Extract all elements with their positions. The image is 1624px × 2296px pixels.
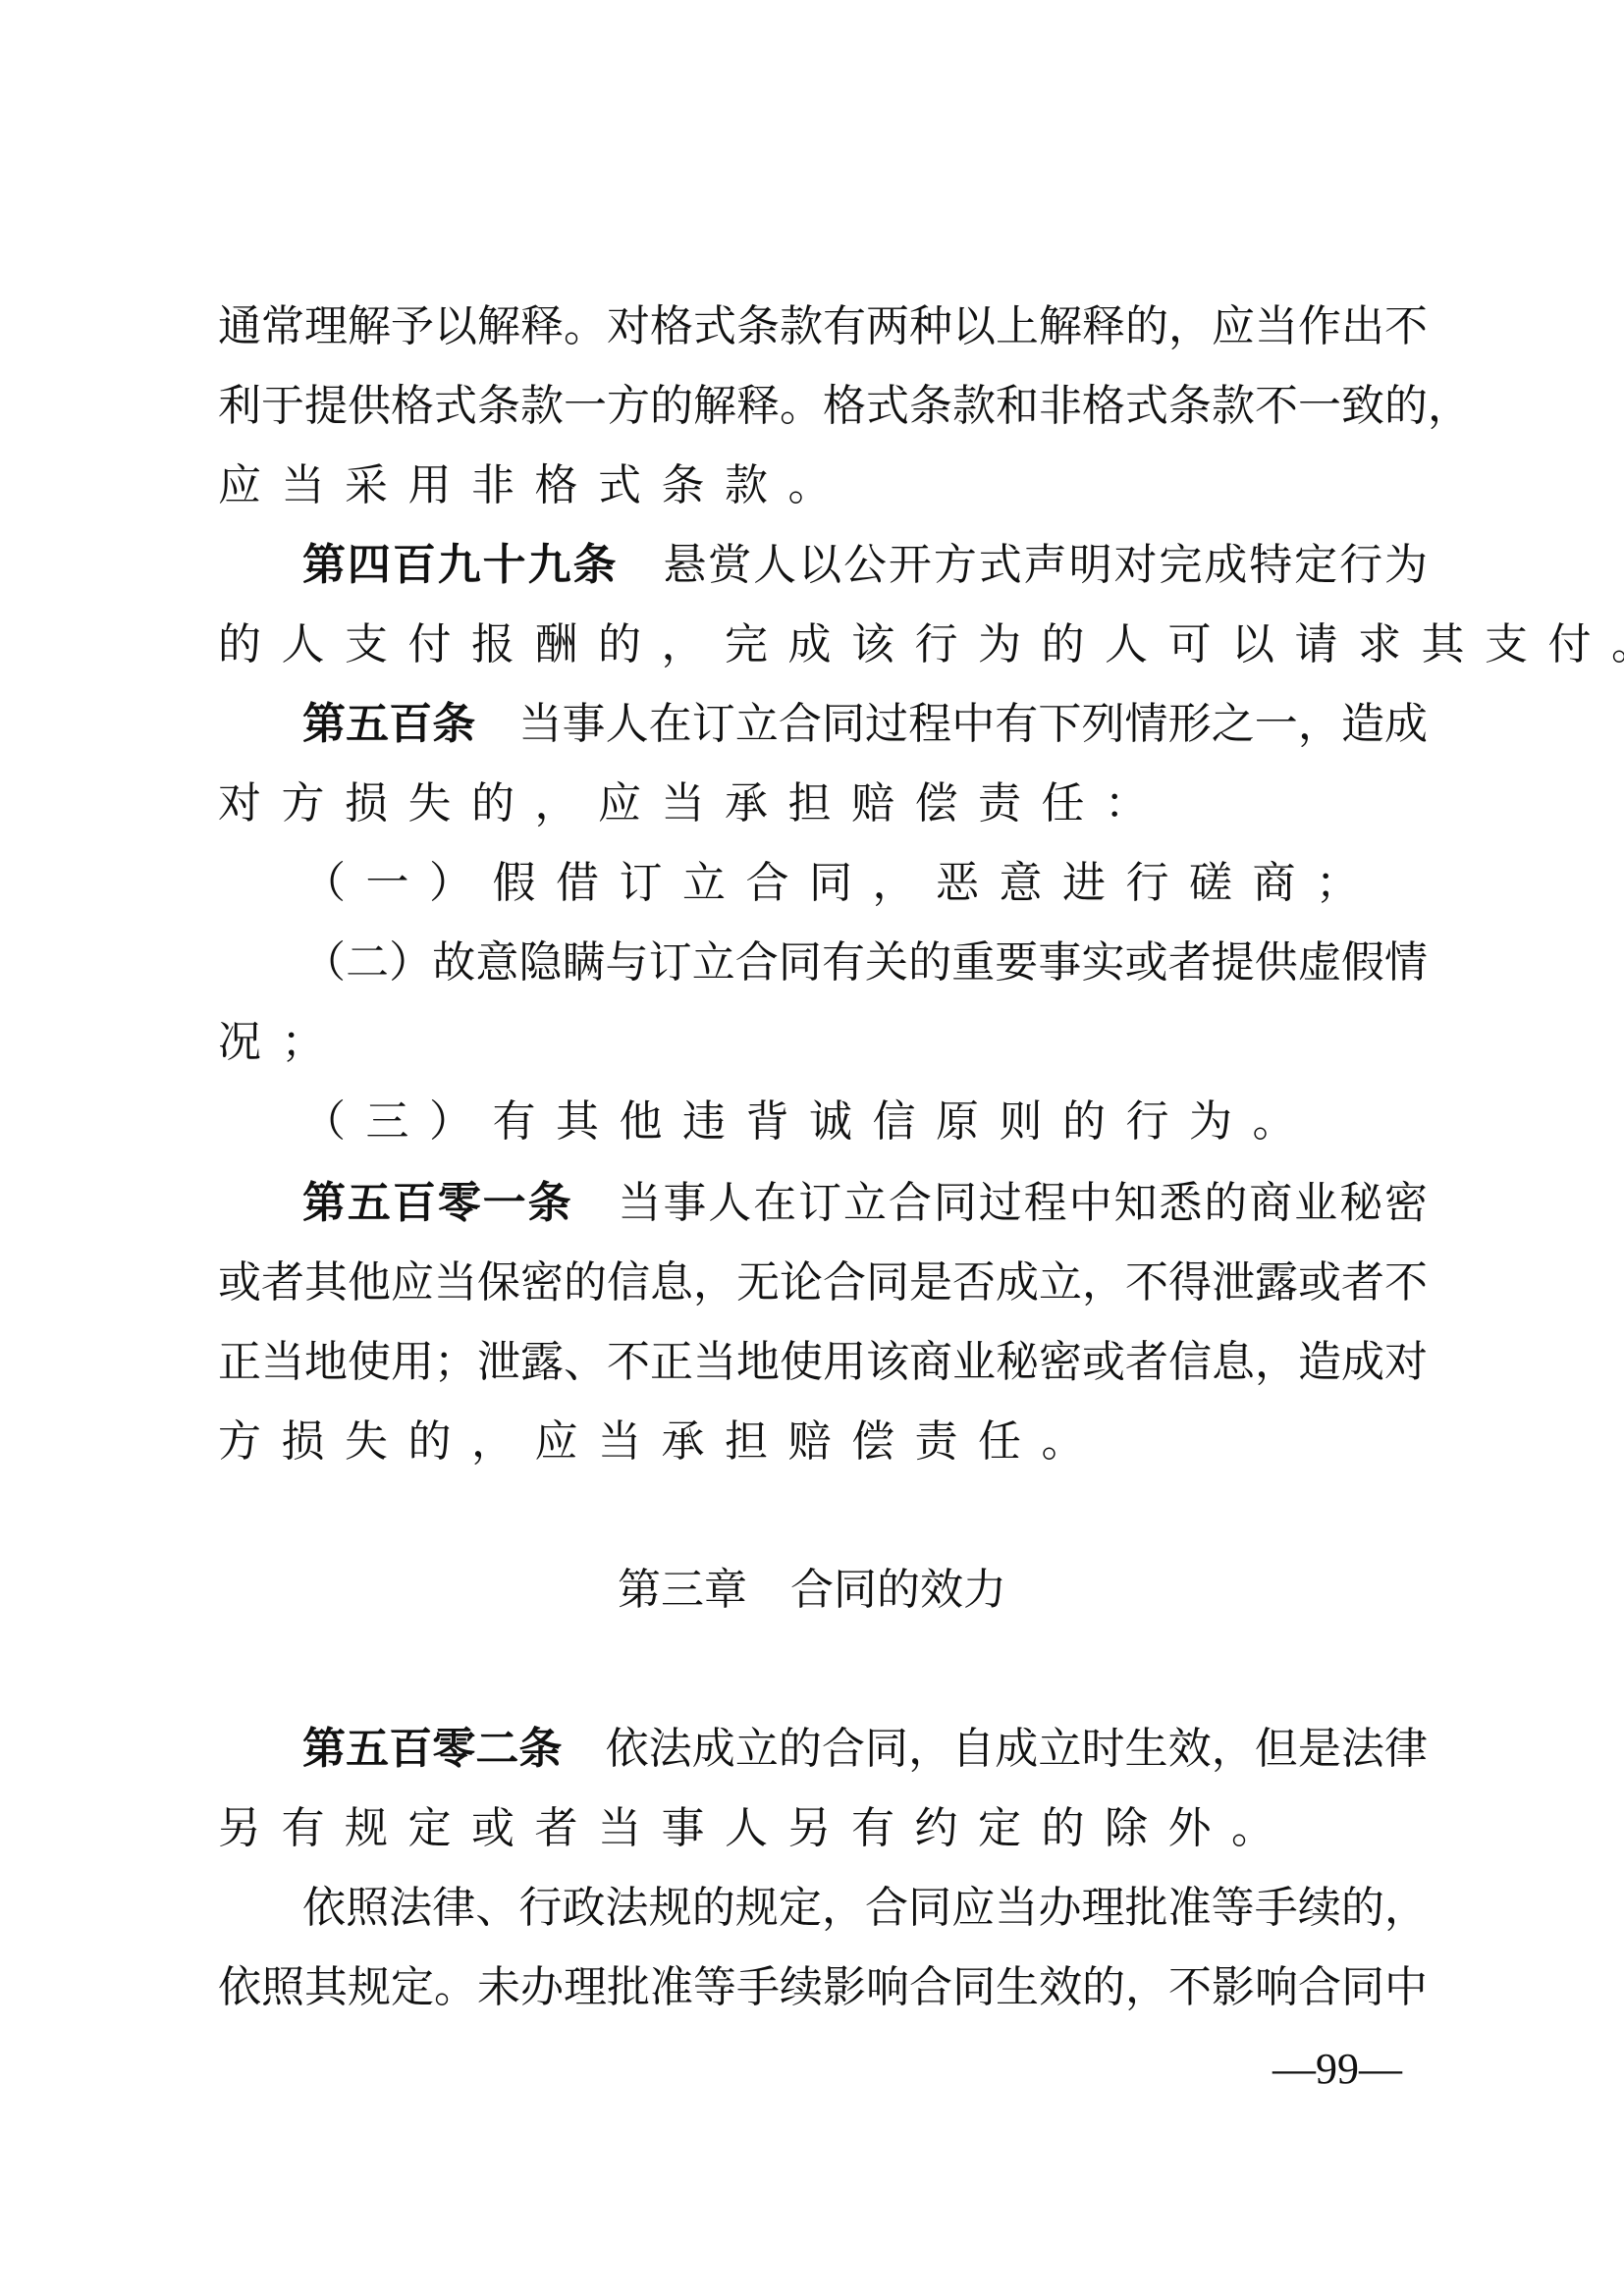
body-text-line: 对方损失的，应当承担赔偿责任：	[218, 774, 1428, 833]
body-text-line: 利于提供格式条款一方的解释。格式条款和非格式条款不一致的，	[218, 377, 1428, 436]
body-text-line: 正当地使用；泄露、不正当地使用该商业秘密或者信息，造成对	[218, 1333, 1428, 1392]
body-text-line: 通常理解予以解释。对格式条款有两种以上解释的，应当作出不	[218, 297, 1428, 356]
article-499: 第四百九十九条 悬赏人以公开方式声明对完成特定行为	[302, 536, 1428, 595]
body-text-line: 依照其规定。未办理批准等手续影响合同生效的，不影响合同中	[218, 1958, 1428, 2017]
article-text: 依法成立的合同，自成立时生效，但是法律	[606, 1724, 1428, 1774]
article-502: 第五百零二条 依法成立的合同，自成立时生效，但是法律	[302, 1720, 1428, 1779]
article-label: 第五百条	[302, 699, 475, 749]
body-text-line: 的人支付报酬的，完成该行为的人可以请求其支付。	[218, 615, 1428, 674]
article-text: 当事人在订立合同过程中知悉的商业秘密	[618, 1178, 1428, 1228]
body-text-line: 方损失的，应当承担赔偿责任。	[218, 1413, 1428, 1471]
body-text-line: 况；	[218, 1013, 1428, 1072]
article-501: 第五百零一条 当事人在订立合同过程中知悉的商业秘密	[302, 1174, 1428, 1233]
body-text-line: 应当采用非格式条款。	[218, 456, 1428, 515]
article-text: 当事人在订立合同过程中有下列情形之一，造成	[518, 699, 1428, 749]
article-500: 第五百条 当事人在订立合同过程中有下列情形之一，造成	[302, 695, 1428, 754]
chapter-heading: 第三章 合同的效力	[0, 1561, 1624, 1620]
body-text-line: 依照法律、行政法规的规定，合同应当办理批准等手续的，	[302, 1879, 1428, 1938]
list-item: （一）假借订立合同，恶意进行磋商；	[302, 854, 1428, 913]
list-item: （二）故意隐瞒与订立合同有关的重要事实或者提供虚假情	[302, 934, 1428, 992]
body-text-line: 另有规定或者当事人另有约定的除外。	[218, 1799, 1428, 1858]
body-text-line: 或者其他应当保密的信息，无论合同是否成立，不得泄露或者不	[218, 1254, 1428, 1312]
article-label: 第五百零一条	[302, 1178, 573, 1228]
list-item: （三）有其他违背诚信原则的行为。	[302, 1093, 1428, 1151]
article-text: 悬赏人以公开方式声明对完成特定行为	[663, 540, 1428, 590]
article-label: 第四百九十九条	[302, 540, 618, 590]
page-number: —99—	[1272, 2040, 1402, 2099]
article-label: 第五百零二条	[302, 1724, 562, 1774]
